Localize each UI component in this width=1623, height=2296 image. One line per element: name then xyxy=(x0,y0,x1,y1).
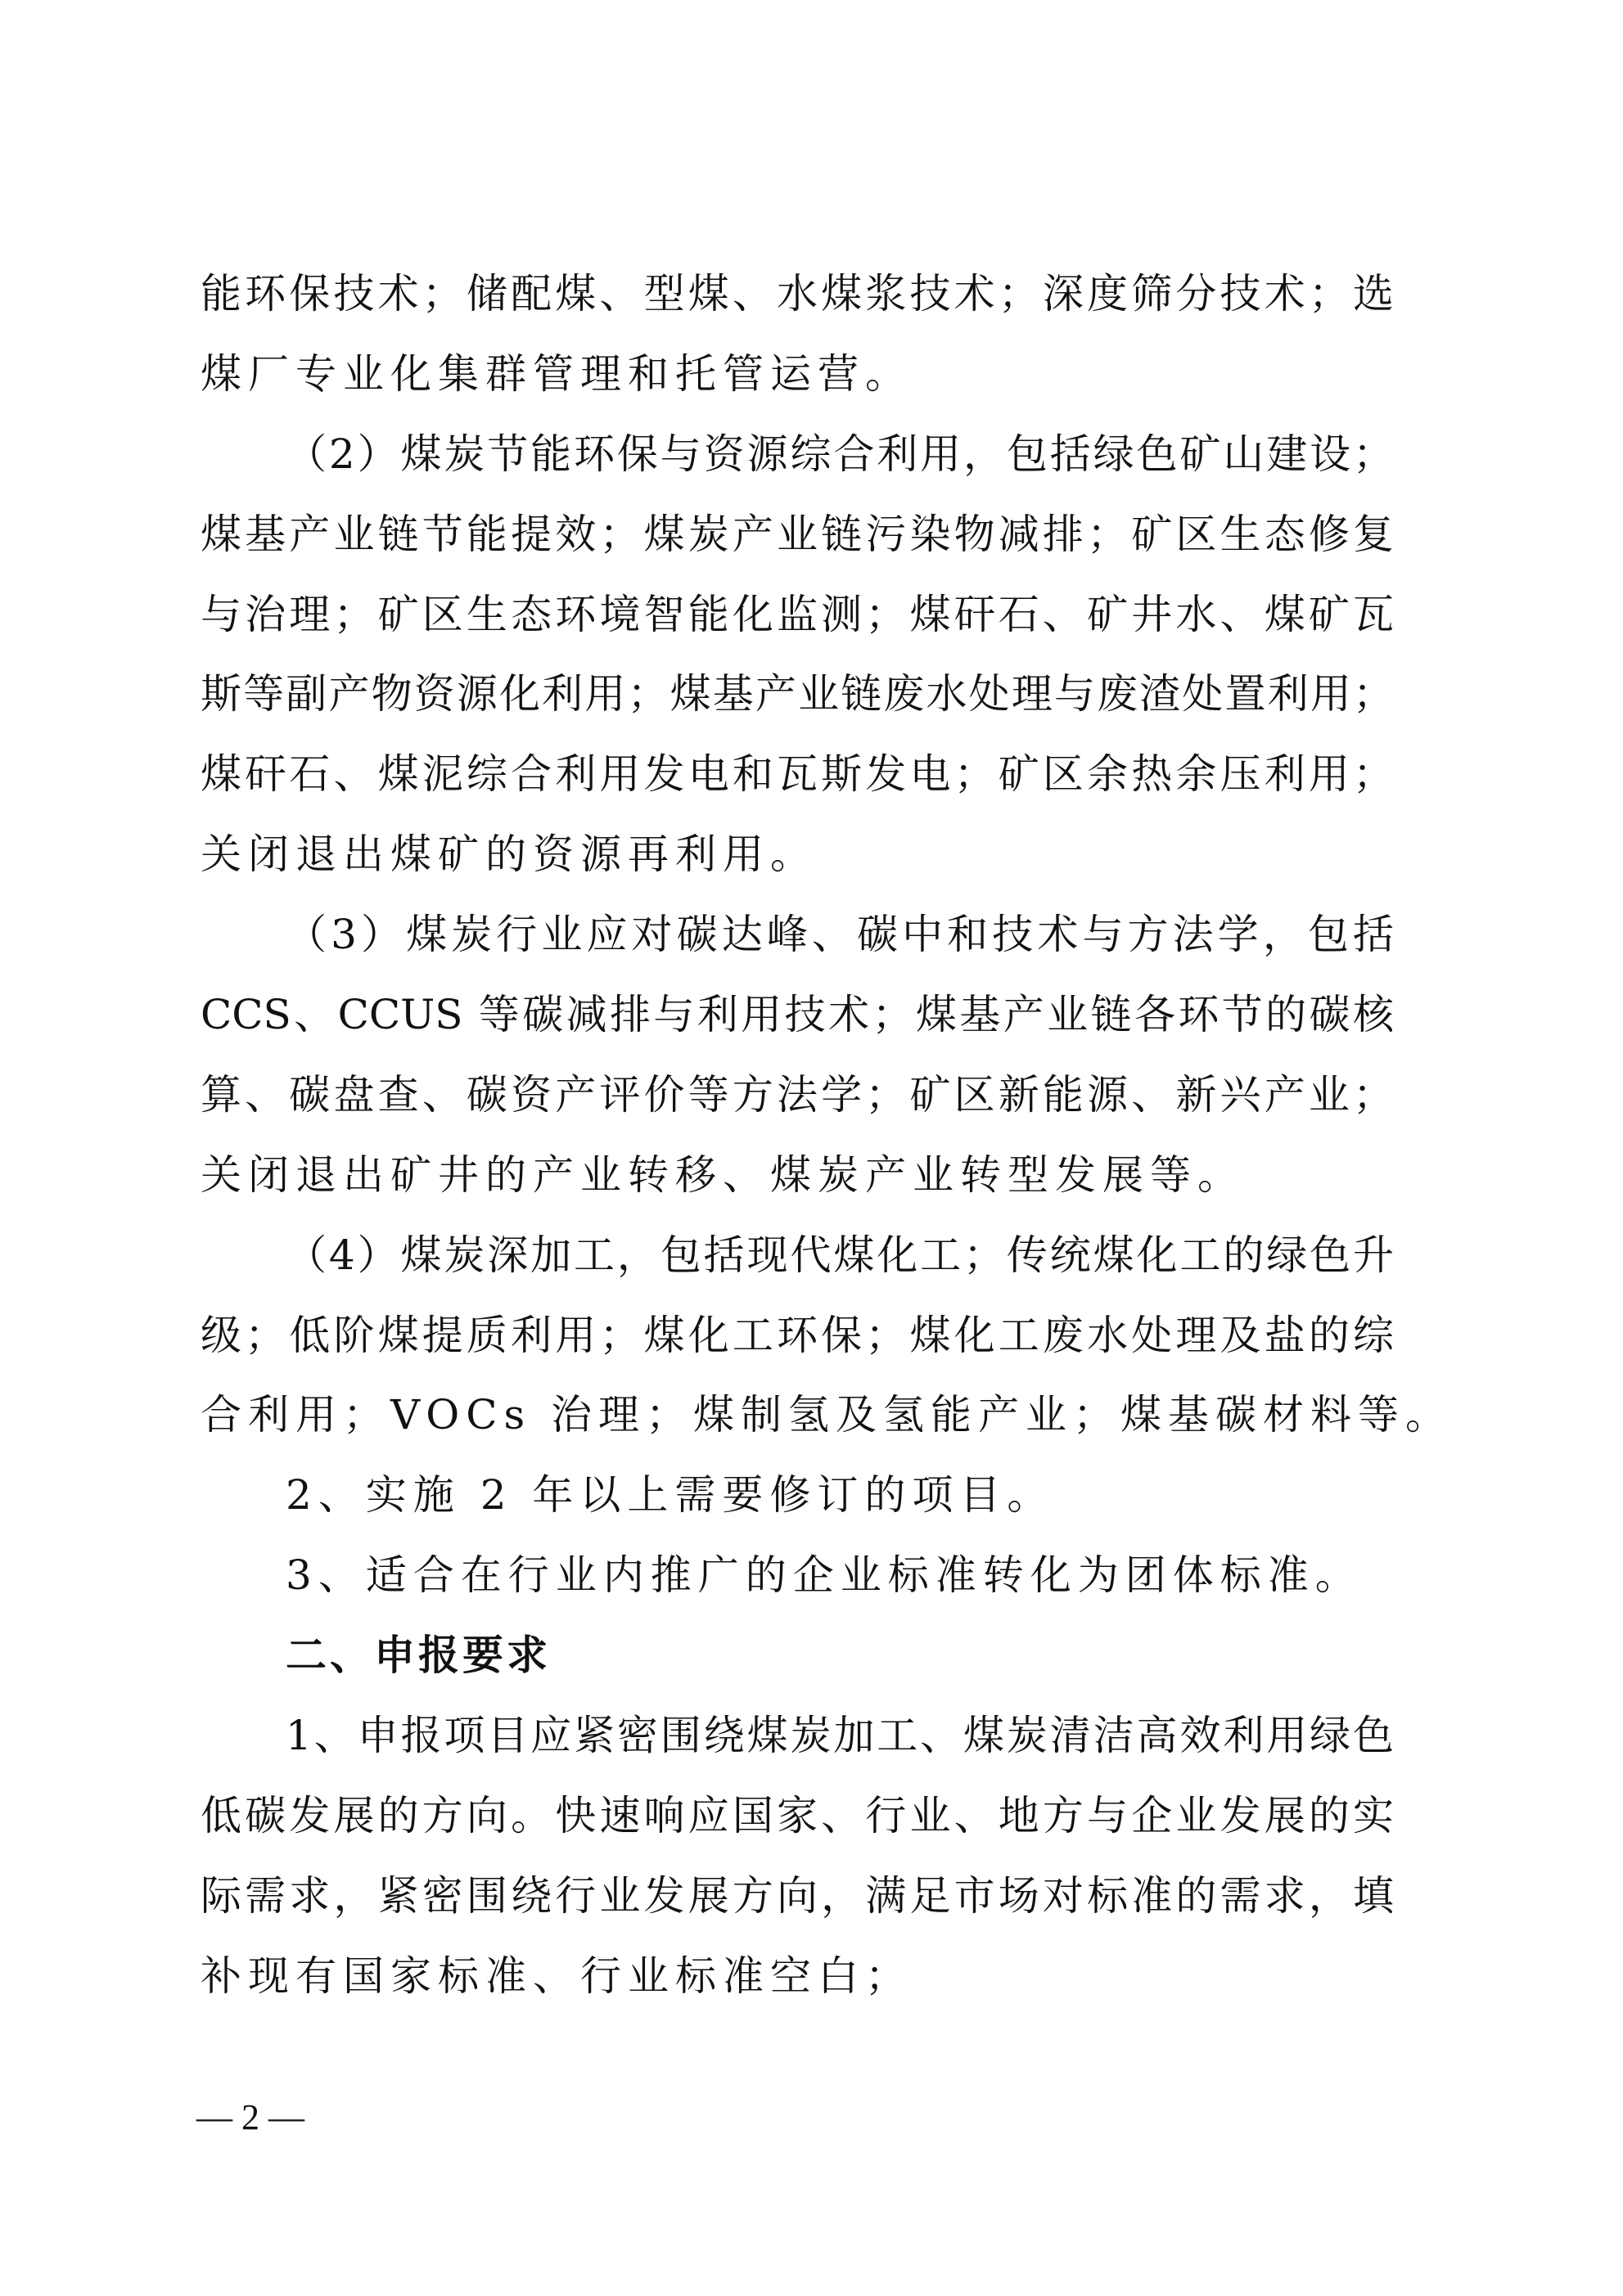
text-line: 斯等副产物资源化利用；煤基产业链废水处理与废渣处置利用； xyxy=(201,655,1394,735)
text-line: 煤基产业链节能提效；煤炭产业链污染物减排；矿区生态修复 xyxy=(201,495,1394,575)
text-line: 3、适合在行业内推广的企业标准转化为团体标准。 xyxy=(201,1536,1394,1616)
text-line: 关闭退出矿井的产业转移、煤炭产业转型发展等。 xyxy=(201,1136,1394,1216)
page-number: — 2 — xyxy=(196,2093,304,2142)
text-line: 际需求，紧密围绕行业发展方向，满足市场对标准的需求，填 xyxy=(201,1857,1394,1937)
text-line: 与治理；矿区生态环境智能化监测；煤矸石、矿井水、煤矿瓦 xyxy=(201,575,1394,655)
text-line: （2）煤炭节能环保与资源综合利用，包括绿色矿山建设； xyxy=(201,415,1394,495)
text-line: 补现有国家标准、行业标准空白； xyxy=(201,1937,1394,2017)
section-heading: 二、申报要求 xyxy=(201,1616,1394,1696)
document-page: 能环保技术；储配煤、型煤、水煤浆技术；深度筛分技术；选 煤厂专业化集群管理和托管… xyxy=(0,0,1623,2296)
text-line: 1、申报项目应紧密围绕煤炭加工、煤炭清洁高效利用绿色 xyxy=(201,1696,1394,1776)
text-line: 2、实施 2 年以上需要修订的项目。 xyxy=(201,1456,1394,1536)
paragraph-continuation: 能环保技术；储配煤、型煤、水煤浆技术；深度筛分技术；选 煤厂专业化集群管理和托管… xyxy=(201,254,1394,415)
text-line: 算、碳盘查、碳资产评价等方法学；矿区新能源、新兴产业； xyxy=(201,1056,1394,1136)
paragraph-item-3: （3）煤炭行业应对碳达峰、碳中和技术与方法学，包括 CCS、CCUS 等碳减排与… xyxy=(201,895,1394,1216)
paragraph-point-2: 2、实施 2 年以上需要修订的项目。 xyxy=(201,1456,1394,1536)
text-line: （3）煤炭行业应对碳达峰、碳中和技术与方法学，包括 xyxy=(201,895,1394,975)
text-line: 关闭退出煤矿的资源再利用。 xyxy=(201,815,1394,895)
paragraph-item-2: （2）煤炭节能环保与资源综合利用，包括绿色矿山建设； 煤基产业链节能提效；煤炭产… xyxy=(201,415,1394,895)
document-body: 能环保技术；储配煤、型煤、水煤浆技术；深度筛分技术；选 煤厂专业化集群管理和托管… xyxy=(201,254,1394,2017)
paragraph-point-3: 3、适合在行业内推广的企业标准转化为团体标准。 xyxy=(201,1536,1394,1616)
text-line: 煤矸石、煤泥综合利用发电和瓦斯发电；矿区余热余压利用； xyxy=(201,735,1394,815)
text-line: （4）煤炭深加工，包括现代煤化工；传统煤化工的绿色升 xyxy=(201,1216,1394,1296)
text-line: 煤厂专业化集群管理和托管运营。 xyxy=(201,335,1394,415)
paragraph-item-4: （4）煤炭深加工，包括现代煤化工；传统煤化工的绿色升 级；低阶煤提质利用；煤化工… xyxy=(201,1216,1394,1456)
text-line: 级；低阶煤提质利用；煤化工环保；煤化工废水处理及盐的综 xyxy=(201,1296,1394,1376)
paragraph-requirement-1: 1、申报项目应紧密围绕煤炭加工、煤炭清洁高效利用绿色 低碳发展的方向。快速响应国… xyxy=(201,1696,1394,2017)
text-line: 合利用；VOCs 治理；煤制氢及氢能产业；煤基碳材料等。 xyxy=(201,1375,1394,1456)
text-line: CCS、CCUS 等碳减排与利用技术；煤基产业链各环节的碳核 xyxy=(201,975,1394,1056)
text-line: 能环保技术；储配煤、型煤、水煤浆技术；深度筛分技术；选 xyxy=(201,254,1394,335)
text-line: 低碳发展的方向。快速响应国家、行业、地方与企业发展的实 xyxy=(201,1776,1394,1857)
